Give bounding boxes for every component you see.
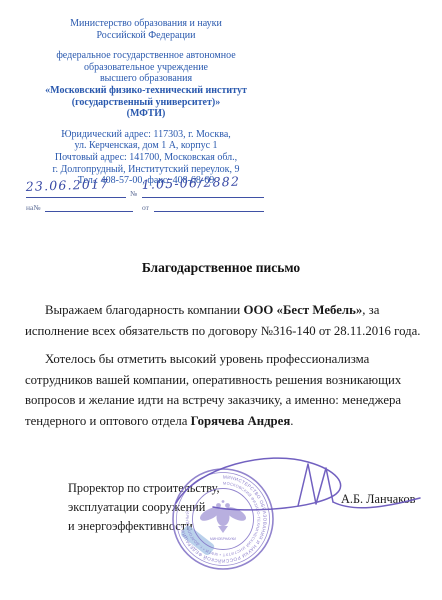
p1-text: Выражаем благодарность компании [45,303,243,317]
org-abbrev: (МФТИ) [26,108,266,120]
paragraph-commendation: Хотелось бы отметить высокий уровень про… [25,349,422,431]
outgoing-number-field: 1.05-06/2882 [142,177,264,198]
scanned-letter-page: Министерство образования и науки Российс… [0,0,442,600]
letter-body: Выражаем благодарность компании ООО «Бес… [25,300,422,439]
ministry-block: Министерство образования и науки Российс… [26,18,266,41]
handwritten-number: 1.05-06/2882 [141,174,240,192]
handwritten-date: 23.06.2017 [25,176,109,194]
manager-name: Горячева Андрея [191,414,291,428]
from-label: от [142,203,149,212]
ministry-line: Министерство образования и науки [26,18,266,30]
handwritten-signature [176,458,420,510]
letterhead: Министерство образования и науки Российс… [26,18,266,196]
org-line: образовательное учреждение [26,62,266,74]
reply-to-label: на№ [26,203,41,212]
outgoing-row: 23.06.2017 № 1.05-06/2882 [26,183,264,199]
date-field: 23.06.2017 [26,179,126,198]
company-name: ООО «Бест Мебель» [243,303,362,317]
stamp-center-text: МИНОБРНАУКИ [210,537,237,541]
paragraph-gratitude: Выражаем благодарность компании ООО «Бес… [25,300,422,341]
org-name-line: (государственный университет)» [26,97,266,109]
number-sign-label: № [130,189,137,198]
reply-date-field [154,199,264,212]
double-headed-eagle-icon [198,500,248,533]
stamp-and-signature: МИНИСТЕРСТВО ОБРАЗОВАНИЯ И НАУКИ РОССИЙС… [158,448,442,598]
address-line: ул. Керченская, дом 1 А, корпус 1 [26,140,266,152]
organization-block: федеральное государственное автономное о… [26,50,266,120]
reply-row: на№ от [26,199,264,215]
org-line: федеральное государственное автономное [26,50,266,62]
ministry-line: Российской Федерации [26,30,266,42]
reply-number-field [45,199,133,212]
stamp-signature-svg: МИНИСТЕРСТВО ОБРАЗОВАНИЯ И НАУКИ РОССИЙС… [158,448,442,598]
address-line: Почтовый адрес: 141700, Московская обл., [26,152,266,164]
p2-text: . [290,414,293,428]
address-line: Юридический адрес: 117303, г. Москва, [26,129,266,141]
reference-block: 23.06.2017 № 1.05-06/2882 на№ от [26,183,264,215]
org-line: высшего образования [26,73,266,85]
document-title: Благодарственное письмо [0,260,442,276]
org-name-line: «Московский физико-технический институт [26,85,266,97]
